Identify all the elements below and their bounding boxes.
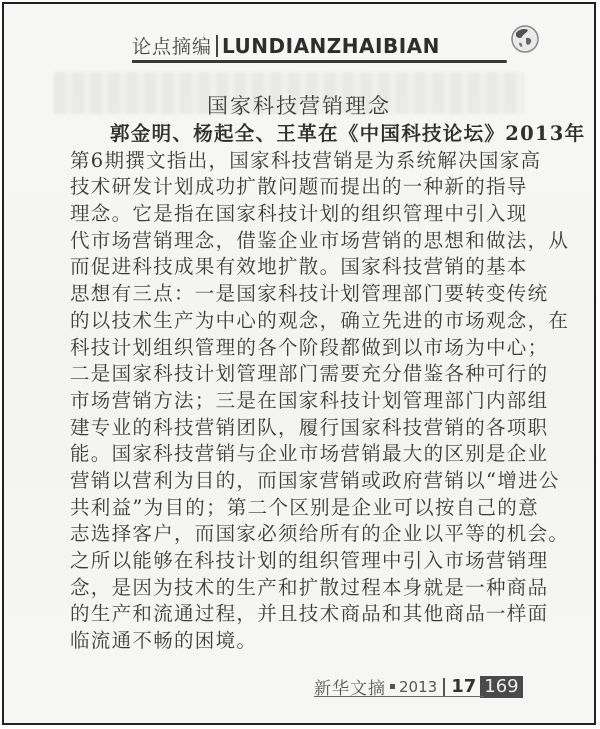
footer-divider xyxy=(443,678,445,696)
text-line: 临流通不畅的困境。 xyxy=(70,628,550,655)
article-byline: 郭金明、杨起全、王革在《中国科技论坛》2013年 xyxy=(70,121,550,148)
article-title: 国家科技营销理念 xyxy=(4,90,594,120)
text-line: 念，是因为技术的生产和扩散过程本身就是一种商品 xyxy=(70,575,550,602)
text-line: 营销以营利为目的，而国家营销或政府营销以“增进公 xyxy=(70,468,550,495)
text-line: 代市场营销理念，借鉴企业市场营销的思想和做法，从 xyxy=(70,228,550,255)
text-line: 共利益”为目的；第二个区别是企业可以按自己的意 xyxy=(70,495,550,522)
header-underline xyxy=(132,60,507,63)
text-line: 科技计划组织管理的各个阶段都做到以市场为中心； xyxy=(70,335,550,362)
text-line: 之所以能够在科技计划的组织管理中引入市场营销理 xyxy=(70,548,550,575)
section-title-en: LUNDIANZHAIBIAN xyxy=(222,34,440,58)
text-line: 志选择客户，而国家必须给所有的企业以平等的机会。 xyxy=(70,521,550,548)
text-line: 二是国家科技计划管理部门需要充分借鉴各种可行的 xyxy=(70,361,550,388)
page-number: 169 xyxy=(480,676,522,698)
text-line: 的生产和流通过程，并且技术商品和其他商品一样面 xyxy=(70,601,550,628)
text-line: 能。国家科技营销与企业市场营销最大的区别是企业 xyxy=(70,441,550,468)
footer-bullet xyxy=(390,684,395,689)
text-line: 思想有三点：一是国家科技计划管理部门要转变传统 xyxy=(70,281,550,308)
publication-year: 2013 xyxy=(399,678,437,696)
text-line: 而促进科技成果有效地扩散。国家科技营销的基本 xyxy=(70,254,550,281)
magazine-page: 论点摘编 LUNDIANZHAIBIAN 国家科技营销理念 郭金明、杨起全、王革… xyxy=(2,2,596,725)
text-line: 建专业的科技营销团队，履行国家科技营销的各项职 xyxy=(70,415,550,442)
section-title-cn: 论点摘编 xyxy=(132,32,212,59)
text-line: 技术研发计划成功扩散问题而提出的一种新的指导 xyxy=(70,174,550,201)
globe-icon xyxy=(510,24,540,54)
text-line: 市场营销方法；三是在国家科技计划管理部门内部组 xyxy=(70,388,550,415)
issue-number: 17 xyxy=(451,676,476,697)
article-body: 郭金明、杨起全、王革在《中国科技论坛》2013年 第6期撰文指出，国家科技营销是… xyxy=(70,121,550,655)
section-header: 论点摘编 LUNDIANZHAIBIAN xyxy=(132,32,440,59)
header-divider xyxy=(216,35,218,57)
footer-underline xyxy=(314,696,484,697)
text-line: 理念。它是指在国家科技计划的组织管理中引入现 xyxy=(70,201,550,228)
text-line: 第6期撰文指出，国家科技营销是为系统解决国家高 xyxy=(70,148,550,175)
text-line: 的以技术生产为中心的观念，确立先进的市场观念，在 xyxy=(70,308,550,335)
